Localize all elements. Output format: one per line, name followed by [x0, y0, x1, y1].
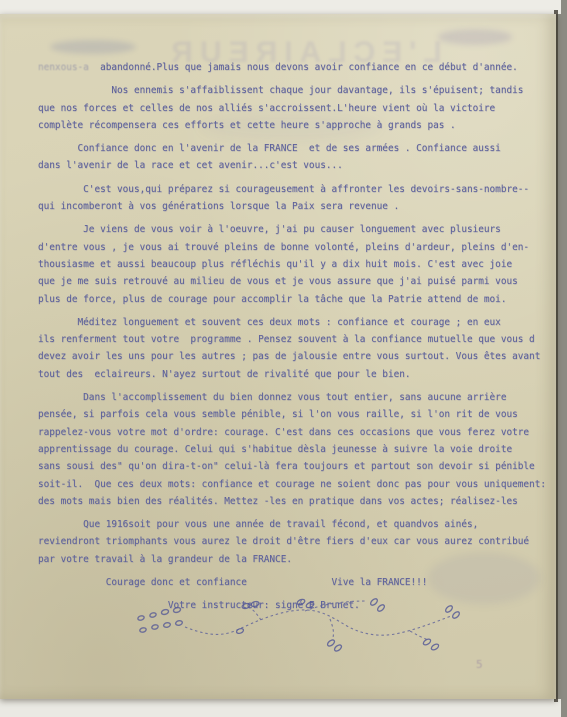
text-line: apprentissage du courage. Celui qui s'ha… [38, 441, 553, 458]
faded-text-fragment: nenxous-a [38, 62, 94, 73]
decorative-flourish-drawing [125, 596, 480, 664]
text-line: Courage donc et confiance Vive la FRANCE… [38, 574, 553, 591]
text-line: Je viens de vous voir à l'oeuvre, j'ai p… [38, 221, 553, 238]
text-line: que je me suis retrouvé au milieu de vou… [38, 273, 553, 290]
text-line: Nos ennemis s'affaiblissent chaque jour … [38, 82, 553, 99]
text-line: Dans l'accomplissement du bien donnez vo… [38, 389, 553, 406]
text-line: C'est vous,qui préparez si courageusemen… [38, 181, 553, 198]
text-line: soit-il. Que ces deux mots: confiance et… [38, 476, 553, 493]
text-line: thousiasme et aussi beaucoup plus réfléc… [38, 256, 553, 273]
text-line: Méditez longuement et souvent ces deux m… [38, 314, 553, 331]
scanner-background-top [0, 0, 561, 14]
text-line: pensée, si parfois cela vous semble péni… [38, 406, 553, 423]
text-line: Confiance donc en l'avenir de la FRANCE … [38, 140, 553, 157]
text-line: reviendront triomphants vous aurez le dr… [38, 533, 553, 550]
text-line: par votre travail à la grandeur de la FR… [38, 551, 553, 568]
scanner-background-bottom [0, 699, 561, 717]
text-line: ils renferment tout votre programme . Pe… [38, 331, 553, 348]
text-line: sans sousi des" qu'on dira-t-on" celui-l… [38, 458, 553, 475]
text-line: d'entre vous , je vous ai trouvé pleins … [38, 239, 553, 256]
text-line: dans l'avenir de la race et cet avenir..… [38, 157, 553, 174]
letter-body: nenxous-a abandonné.Plus que jamais nous… [38, 59, 553, 615]
letter-page: L'ECLAIREUR nenxous-a abandonné.Plus que… [0, 14, 556, 699]
text-line: des mots mais bien des réalités. Mettez … [38, 493, 553, 510]
bleedthrough-page-number: 5 [476, 658, 483, 671]
text-line: tout des eclaireurs. N'ayez surtout de r… [38, 366, 553, 383]
text-line: plus de force, plus de courage pour acco… [38, 291, 553, 308]
text-line: devez avoir les uns pour les autres ; pa… [38, 348, 553, 365]
text-line: nenxous-a abandonné.Plus que jamais nous… [38, 59, 553, 76]
flourish-left-cluster [137, 607, 183, 633]
text-line: que nos forces et celles de nos alliés s… [38, 100, 553, 117]
text-line: Que 1916soit pour vous une année de trav… [38, 516, 553, 533]
text-line: complète récompensera ces efforts et cet… [38, 117, 553, 134]
bleedthrough-handwriting-smudge-left [50, 40, 136, 54]
text-line: qui incomberont à vos générations lorsqu… [38, 198, 553, 215]
text-line: rappelez-vous votre mot d'ordre: courage… [38, 424, 553, 441]
flourish-leaves [236, 598, 461, 653]
scanned-letter-screenshot: { "colors": { "paper": "#d7d1b3", "ink":… [0, 0, 567, 717]
